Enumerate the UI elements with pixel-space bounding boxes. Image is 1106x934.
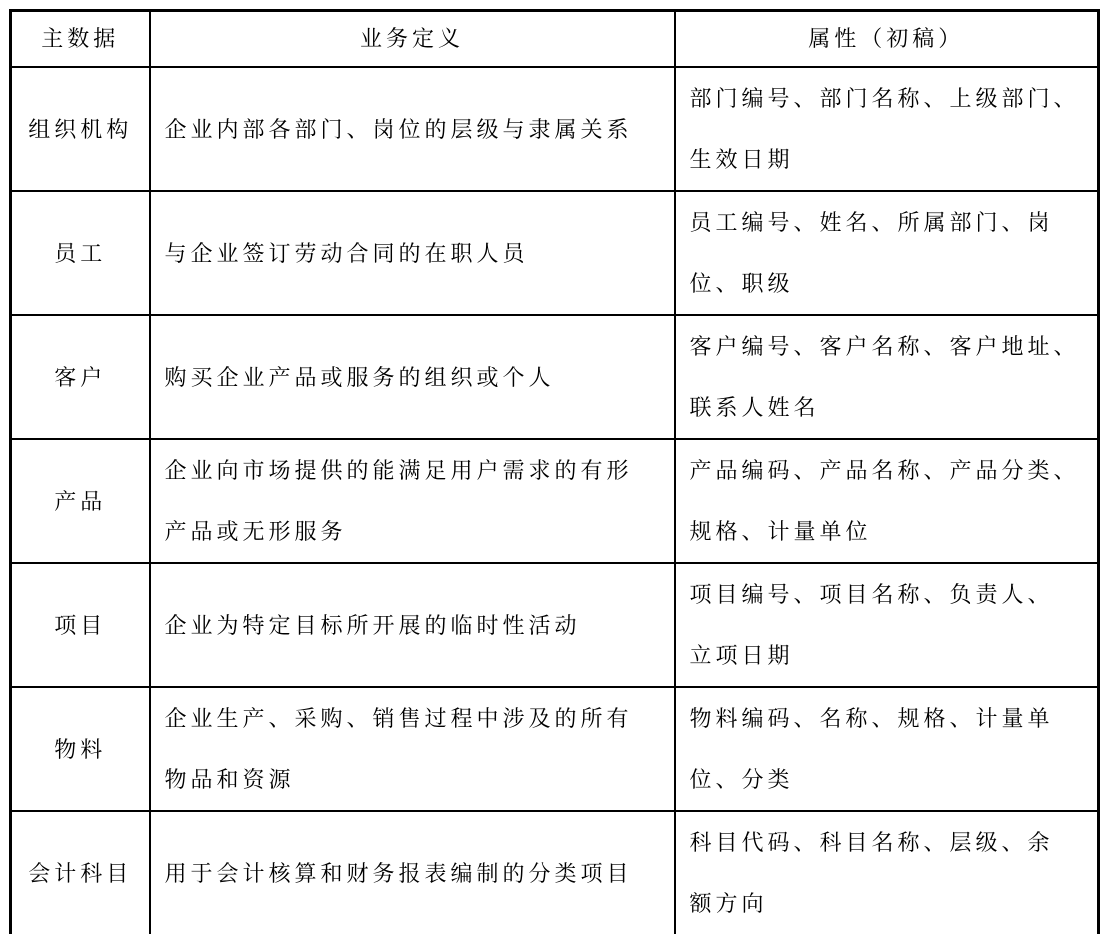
attributes-cell: 产品编码、产品名称、产品分类、 规格、计量单位: [675, 439, 1099, 563]
master-data-cell: 产品: [11, 439, 150, 563]
attributes-cell: 客户编号、客户名称、客户地址、 联系人姓名: [675, 315, 1099, 439]
table-row-organization: 组织机构 企业内部各部门、岗位的层级与隶属关系 部门编号、部门名称、上级部门、 …: [11, 67, 1099, 191]
table-row-accounting-subject: 会计科目 用于会计核算和财务报表编制的分类项目 科目代码、科目名称、层级、余 额…: [11, 811, 1099, 934]
definition-cell: 企业内部各部门、岗位的层级与隶属关系: [150, 67, 675, 191]
table-row-employee: 员工 与企业签订劳动合同的在职人员 员工编号、姓名、所属部门、岗 位、职级: [11, 191, 1099, 315]
table-row-product: 产品 企业向市场提供的能满足用户需求的有形 产品或无形服务 产品编码、产品名称、…: [11, 439, 1099, 563]
definition-cell: 企业向市场提供的能满足用户需求的有形 产品或无形服务: [150, 439, 675, 563]
header-row: 主数据 业务定义 属性（初稿）: [11, 11, 1099, 68]
document-page: 主数据 业务定义 属性（初稿） 组织机构 企业内部各部门、岗位的层级与隶属关系 …: [0, 0, 1106, 934]
definition-cell: 用于会计核算和财务报表编制的分类项目: [150, 811, 675, 934]
master-data-cell: 员工: [11, 191, 150, 315]
definition-cell: 企业为特定目标所开展的临时性活动: [150, 563, 675, 687]
master-data-cell: 会计科目: [11, 811, 150, 934]
attributes-cell: 项目编号、项目名称、负责人、 立项日期: [675, 563, 1099, 687]
attributes-cell: 物料编码、名称、规格、计量单 位、分类: [675, 687, 1099, 811]
master-data-cell: 项目: [11, 563, 150, 687]
master-data-cell: 客户: [11, 315, 150, 439]
table-row-customer: 客户 购买企业产品或服务的组织或个人 客户编号、客户名称、客户地址、 联系人姓名: [11, 315, 1099, 439]
attributes-cell: 部门编号、部门名称、上级部门、 生效日期: [675, 67, 1099, 191]
header-cell-definition: 业务定义: [150, 11, 675, 68]
definition-cell: 与企业签订劳动合同的在职人员: [150, 191, 675, 315]
master-data-table: 主数据 业务定义 属性（初稿） 组织机构 企业内部各部门、岗位的层级与隶属关系 …: [9, 9, 1100, 934]
definition-cell: 购买企业产品或服务的组织或个人: [150, 315, 675, 439]
attributes-cell: 科目代码、科目名称、层级、余 额方向: [675, 811, 1099, 934]
definition-cell: 企业生产、采购、销售过程中涉及的所有 物品和资源: [150, 687, 675, 811]
master-data-cell: 物料: [11, 687, 150, 811]
table-row-material: 物料 企业生产、采购、销售过程中涉及的所有 物品和资源 物料编码、名称、规格、计…: [11, 687, 1099, 811]
header-cell-attributes: 属性（初稿）: [675, 11, 1099, 68]
table-row-project: 项目 企业为特定目标所开展的临时性活动 项目编号、项目名称、负责人、 立项日期: [11, 563, 1099, 687]
master-data-cell: 组织机构: [11, 67, 150, 191]
header-cell-master-data: 主数据: [11, 11, 150, 68]
attributes-cell: 员工编号、姓名、所属部门、岗 位、职级: [675, 191, 1099, 315]
